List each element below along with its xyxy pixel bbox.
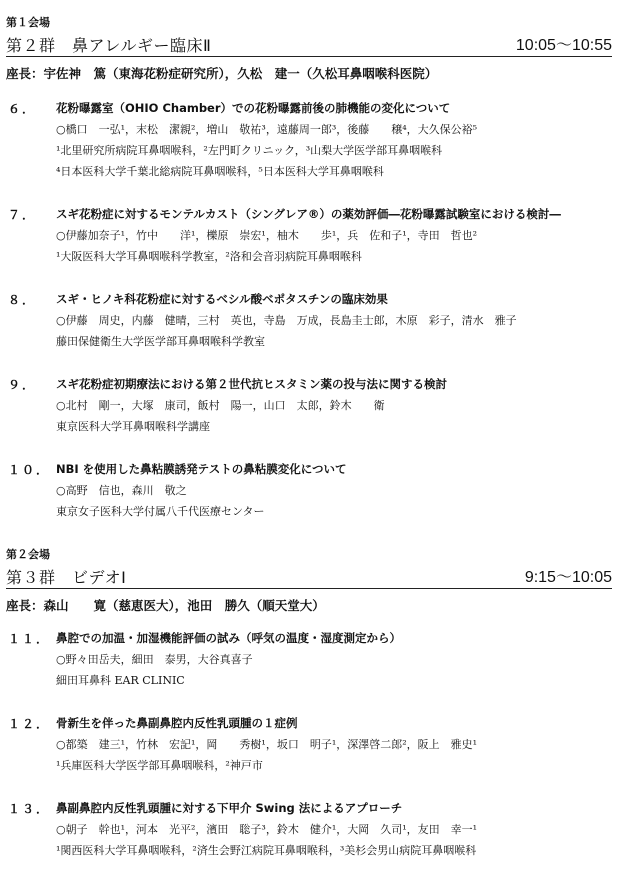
talk-number: ６． [8,100,36,117]
talk-affiliation: ⁴日本医科大学千葉北総病院耳鼻咽喉科，⁵日本医科大学耳鼻咽喉科 [56,163,384,179]
venue-label: 第２会場 [6,546,50,562]
talk-title: スギ花粉症に対するモンテルカスト（シングレア®）の薬効評価―花粉曝露試験室におけ… [56,206,561,222]
talk-title: スギ花粉症初期療法における第２世代抗ヒスタミン薬の投与法に関する検討 [56,376,447,392]
group-time: 10:05〜10:55 [516,36,612,56]
talk-number: １０． [8,461,50,478]
venue-label: 第１会場 [6,14,50,30]
talk-number: １１． [8,630,50,647]
talk-affiliation: 東京女子医科大学付属八千代医療センター [56,503,265,519]
talk-affiliation: ¹大阪医科大学耳鼻咽喉科学教室，²洛和会音羽病院耳鼻咽喉科 [56,248,362,264]
talk-authors: ○伊藤 周史，内藤 健晴，三村 英也，寺島 万成，長島圭士郎，木原 彩子，清水 … [56,312,517,328]
group-header: 第３群 ビデオⅠ 9:15〜10:05 [6,566,612,589]
talk-affiliation: ¹北里研究所病院耳鼻咽喉科，²左門町クリニック，³山梨大学医学部耳鼻咽喉科 [56,142,442,158]
group-header: 第２群 鼻アレルギー臨床Ⅱ 10:05〜10:55 [6,34,612,57]
talk-authors: ○北村 剛一，大塚 康司，飯村 陽一，山口 太郎，鈴木 衛 [56,397,385,413]
chairpersons: 座長：宇佐神 篤（東海花粉症研究所），久松 建一（久松耳鼻咽喉科医院） [6,64,437,82]
talk-number: ９． [8,376,36,393]
talk-authors: ○高野 信也，森川 敬之 [56,482,187,498]
talk-title: 鼻副鼻腔内反性乳頭腫に対する下甲介 Swing 法によるアプローチ [56,800,402,816]
talk-number: １３． [8,800,50,817]
talk-affiliation: 東京医科大学耳鼻咽喉科学講座 [56,418,210,434]
talk-title: 骨新生を伴った鼻副鼻腔内反性乳頭腫の１症例 [56,715,298,731]
talk-title: NBI を使用した鼻粘膜誘発テストの鼻粘膜変化について [56,461,346,477]
talk-affiliation: 細田耳鼻科 EAR CLINIC [56,672,185,688]
chairpersons: 座長：森山 寛（慈恵医大），池田 勝久（順天堂大） [6,596,325,614]
talk-title: スギ・ヒノキ科花粉症に対するベシル酸ベポタスチンの臨床効果 [56,291,388,307]
talk-number: １２． [8,715,50,732]
talk-title: 鼻腔での加温・加湿機能評価の試み（呼気の温度・湿度測定から） [56,630,401,646]
talk-number: ８． [8,291,36,308]
talk-authors: ○橋口 一弘¹，末松 潔親²，増山 敬祐³，遠藤周一郎³，後藤 穣⁴，大久保公裕… [56,121,477,137]
talk-title: 花粉曝露室（OHIO Chamber）での花粉曝露前後の肺機能の変化について [56,100,450,116]
talk-number: ７． [8,206,36,223]
talk-authors: ○都築 建三¹，竹林 宏記¹，岡 秀樹¹，坂口 明子¹，深澤啓二郎²，阪上 雅史… [56,736,477,752]
talk-authors: ○伊藤加奈子¹，竹中 洋¹，櫟原 崇宏¹，柚木 歩¹，兵 佐和子¹，寺田 哲也² [56,227,477,243]
talk-authors: ○朝子 幹也¹，河本 光平²，濱田 聡子³，鈴木 健介¹，大岡 久司¹，友田 幸… [56,821,477,837]
talk-affiliation: ¹兵庫医科大学医学部耳鼻咽喉科，²神戸市 [56,757,263,773]
group-time: 9:15〜10:05 [525,568,612,588]
talk-affiliation: ¹関西医科大学耳鼻咽喉科，²済生会野江病院耳鼻咽喉科，³美杉会男山病院耳鼻咽喉科 [56,842,476,858]
group-title: 第２群 鼻アレルギー臨床Ⅱ [6,36,211,56]
talk-authors: ○野々田岳夫，細田 泰男，大谷真喜子 [56,651,253,667]
talk-affiliation: 藤田保健衛生大学医学部耳鼻咽喉科学教室 [56,333,265,349]
group-title: 第３群 ビデオⅠ [6,568,126,588]
